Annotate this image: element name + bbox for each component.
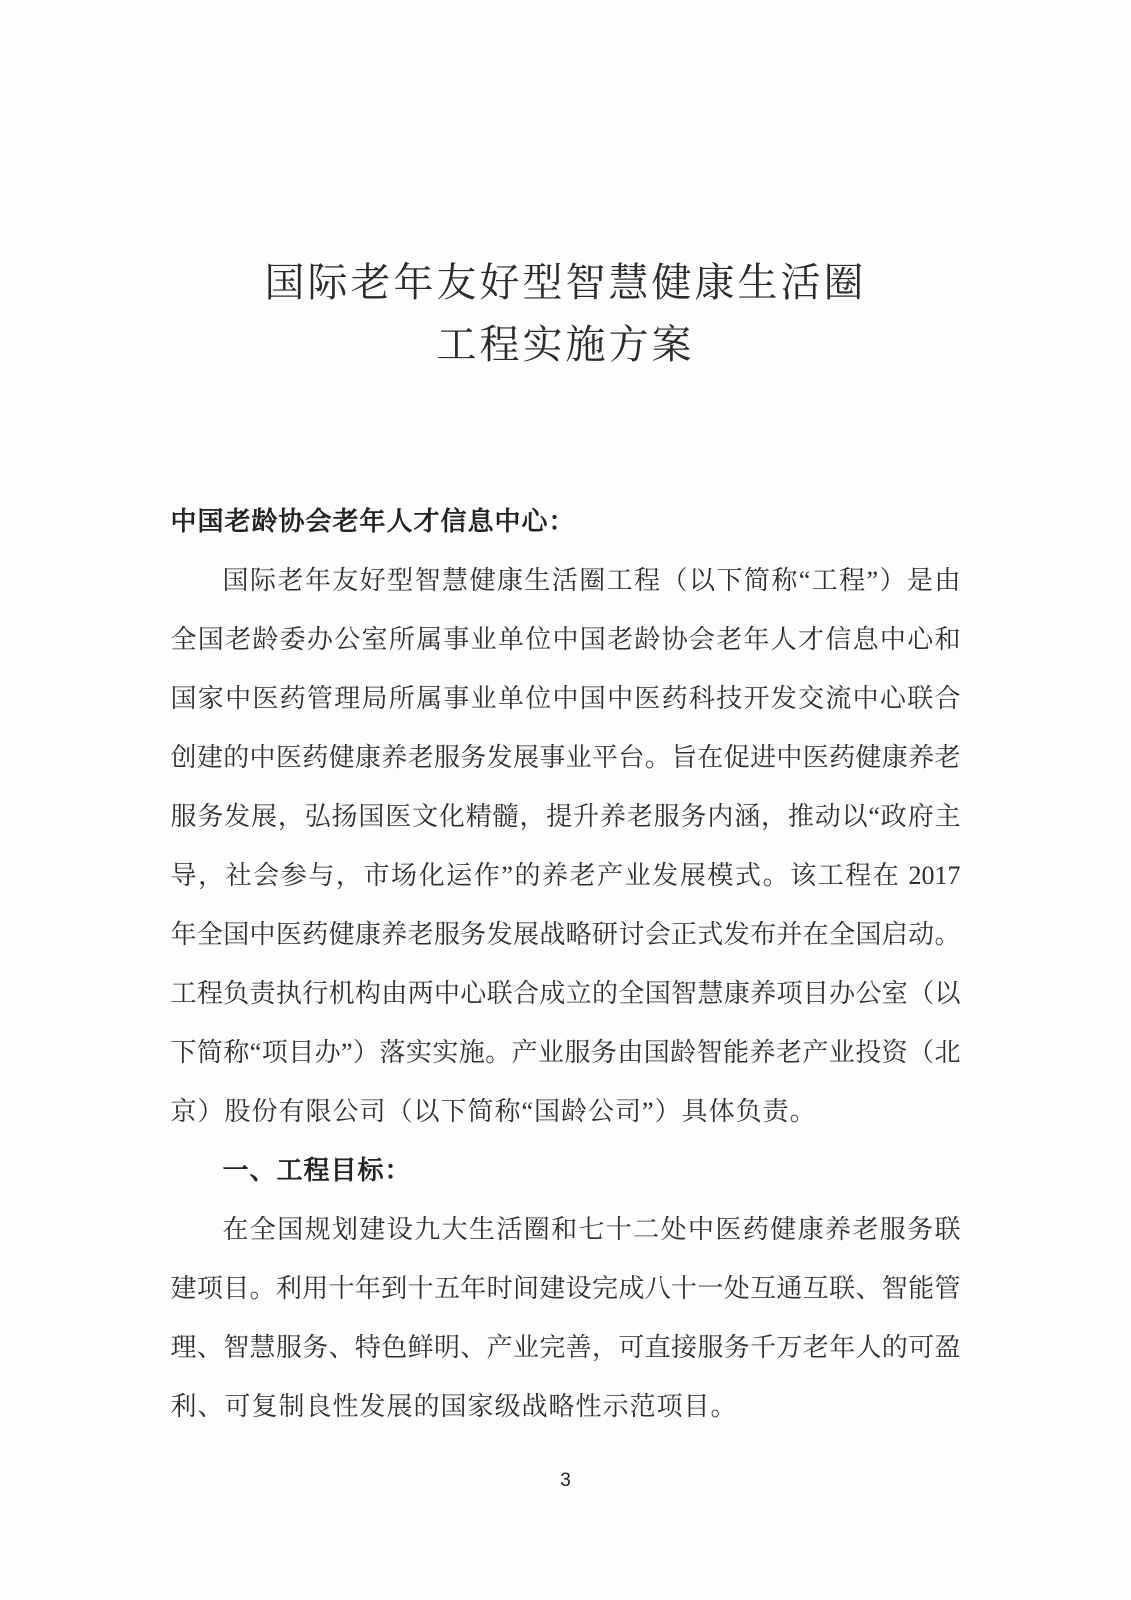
paragraph-2-line-4: 利、可复制良性发展的国家级战略性示范项目。 [171, 1377, 961, 1436]
salutation-line: 中国老龄协会老年人才信息中心： [171, 492, 961, 551]
paragraph-1-line-2: 全国老龄委办公室所属事业单位中国老龄协会老年人才信息中心和 [171, 610, 961, 669]
paragraph-2-line-3: 理、智慧服务、特色鲜明、产业完善，可直接服务千万老年人的可盈 [171, 1318, 961, 1377]
paragraph-2-line-2: 建项目。利用十年到十五年时间建设完成八十一处互通互联、智能管 [171, 1259, 961, 1318]
paragraph-1-line-5: 服务发展，弘扬国医文化精髓，提升养老服务内涵，推动以“政府主 [171, 787, 961, 846]
document-title: 国际老年友好型智慧健康生活圈 工程实施方案 [0, 252, 1131, 376]
paragraph-1-line-10: 京）股份有限公司（以下简称“国龄公司”）具体负责。 [171, 1082, 961, 1141]
paragraph-1-line-3: 国家中医药管理局所属事业单位中国中医药科技开发交流中心联合 [171, 669, 961, 728]
paragraph-1-line-9: 下简称“项目办”）落实实施。产业服务由国龄智能养老产业投资（北 [171, 1023, 961, 1082]
document-body: 中国老龄协会老年人才信息中心： 国际老年友好型智慧健康生活圈工程（以下简称“工程… [171, 492, 961, 1436]
paragraph-2-line-1: 在全国规划建设九大生活圈和七十二处中医药健康养老服务联 [171, 1200, 961, 1259]
document-title-line-2: 工程实施方案 [0, 314, 1131, 376]
section-1-heading: 一、工程目标： [171, 1141, 961, 1200]
page-number: 3 [0, 1470, 1131, 1492]
paragraph-1-line-7: 年全国中医药健康养老服务发展战略研讨会正式发布并在全国启动。 [171, 905, 961, 964]
paragraph-1-line-1: 国际老年友好型智慧健康生活圈工程（以下简称“工程”）是由 [171, 551, 961, 610]
document-title-line-1: 国际老年友好型智慧健康生活圈 [0, 252, 1131, 314]
paragraph-1-line-6: 导，社会参与，市场化运作”的养老产业发展模式。该工程在 2017 [171, 846, 961, 905]
paragraph-1-line-4: 创建的中医药健康养老服务发展事业平台。旨在促进中医药健康养老 [171, 728, 961, 787]
document-page: 国际老年友好型智慧健康生活圈 工程实施方案 中国老龄协会老年人才信息中心： 国际… [0, 0, 1131, 1600]
paragraph-1-line-8: 工程负责执行机构由两中心联合成立的全国智慧康养项目办公室（以 [171, 964, 961, 1023]
